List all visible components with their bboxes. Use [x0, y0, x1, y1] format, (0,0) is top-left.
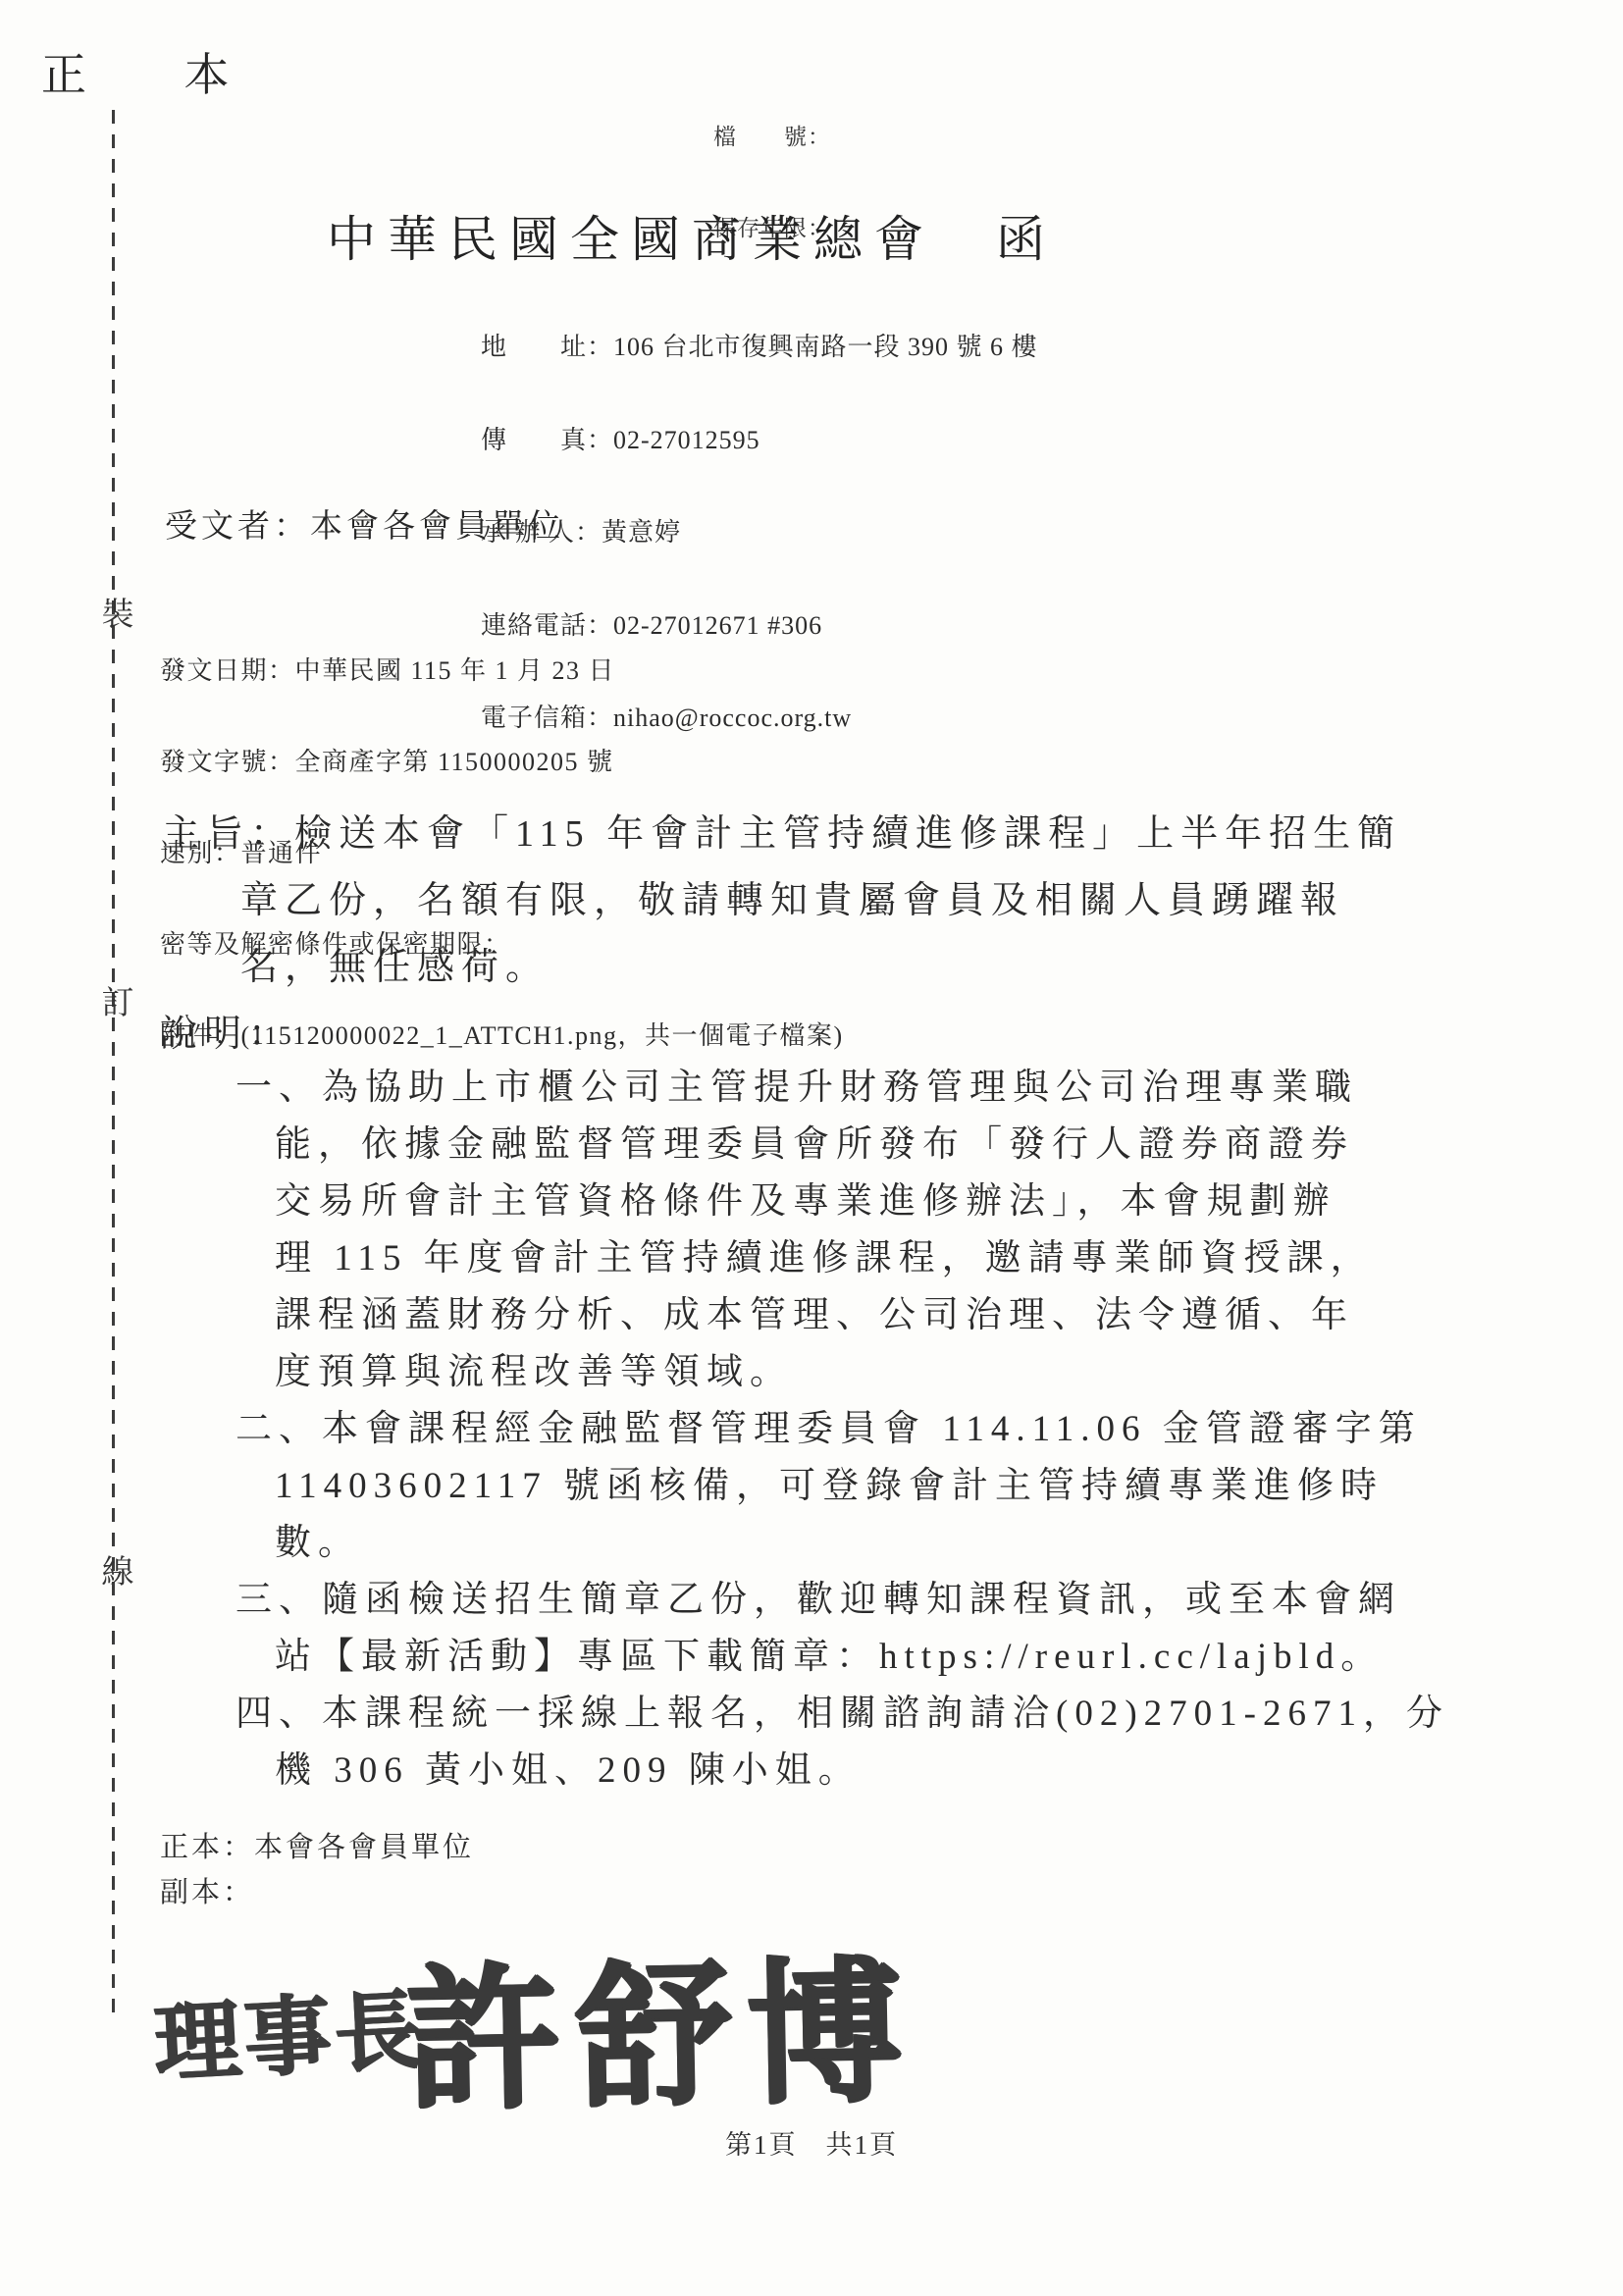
cc-copy-line: 副本： [160, 1870, 474, 1915]
org-fax-line: 傳 真：02-27012595 [481, 425, 1038, 456]
item-4-line-2: 機 306 黃小姐、209 陳小姐。 [275, 1743, 1449, 1800]
recipient-line: 受文者：本會各會員單位 [165, 500, 564, 547]
item-2-line-2: 11403602117 號函核備，可登錄會計主管持續專業進修時 [275, 1458, 1449, 1515]
file-number-label: 檔 號： [713, 122, 831, 152]
binding-mark-xian: 線 [99, 1546, 136, 1592]
item-3-line-2: 站【最新活動】專區下載簡章：https://reurl.cc/lajbld。 [275, 1629, 1449, 1686]
issue-date-line: 發文日期：中華民國 115 年 1 月 23 日 [160, 655, 844, 686]
cc-block: 正本：本會各會員單位 副本： [160, 1825, 474, 1915]
item-1-line-5: 課程涵蓋財務分析、成本管理、公司治理、法令遵循、年 [275, 1287, 1449, 1344]
explanation-items: 一、為協助上市櫃公司主管提升財務管理與公司治理專業職 能，依據金融監督管理委員會… [236, 1060, 1449, 1800]
explanation-label: 說明： [160, 1003, 292, 1057]
subject-block: 主旨：檢送本會「115 年會計主管持續進修課程」上半年招生簡 章乙份，名額有限，… [162, 801, 1401, 1001]
item-1-line-6: 度預算與流程改善等領域。 [275, 1344, 1449, 1401]
item-1-line-2: 能，依據金融監督管理委員會所發布「發行人證券商證券 [275, 1117, 1449, 1174]
signature-name: 許舒博 [402, 1906, 918, 2138]
subject-line-3: 名，無任感荷。 [240, 934, 1401, 1001]
binding-mark-zhuang: 裝 [99, 589, 136, 635]
subject-line-2: 章乙份，名額有限，敬請轉知貴屬會員及相關人員踴躍報 [240, 867, 1401, 934]
issue-number-line: 發文字號：全商產字第 1150000205 號 [160, 747, 844, 777]
item-1-line-4: 理 115 年度會計主管持續進修課程，邀請專業師資授課， [275, 1230, 1449, 1287]
item-2-line-3: 數。 [275, 1515, 1449, 1572]
org-contact-person-line: 承 辦 人：黃意婷 [481, 517, 1038, 548]
item-4-line-1: 四、本課程統一採線上報名，相關諮詢請洽(02)2701-2671，分 [236, 1686, 1449, 1743]
cc-original-line: 正本：本會各會員單位 [160, 1825, 474, 1870]
org-address-line: 地 址：106 台北市復興南路一段 390 號 6 樓 [481, 332, 1038, 363]
org-title: 中華民國全國商業總會 函 [327, 200, 1057, 271]
item-1-line-3: 交易所會計主管資格條件及專業進修辦法」，本會規劃辦 [275, 1174, 1449, 1230]
signature-title: 理事長 [150, 1961, 427, 2099]
copy-type-label: 正 本 [41, 39, 273, 104]
binding-mark-ding: 訂 [99, 977, 136, 1023]
subject-line-1: 主旨：檢送本會「115 年會計主管持續進修課程」上半年招生簡 [162, 801, 1401, 867]
page-number: 第1頁 共1頁 [0, 2123, 1623, 2162]
binding-dashed-line [112, 110, 115, 2018]
document-page: 正 本 檔 號： 保存年限： 裝 訂 線 中華民國全國商業總會 函 地 址：10… [0, 0, 1623, 2296]
item-2-line-1: 二、本會課程經金融監督管理委員會 114.11.06 金管證審字第 [236, 1401, 1449, 1458]
item-1-line-1: 一、為協助上市櫃公司主管提升財務管理與公司治理專業職 [236, 1060, 1449, 1117]
item-3-line-1: 三、隨函檢送招生簡章乙份，歡迎轉知課程資訊，或至本會網 [236, 1572, 1449, 1629]
